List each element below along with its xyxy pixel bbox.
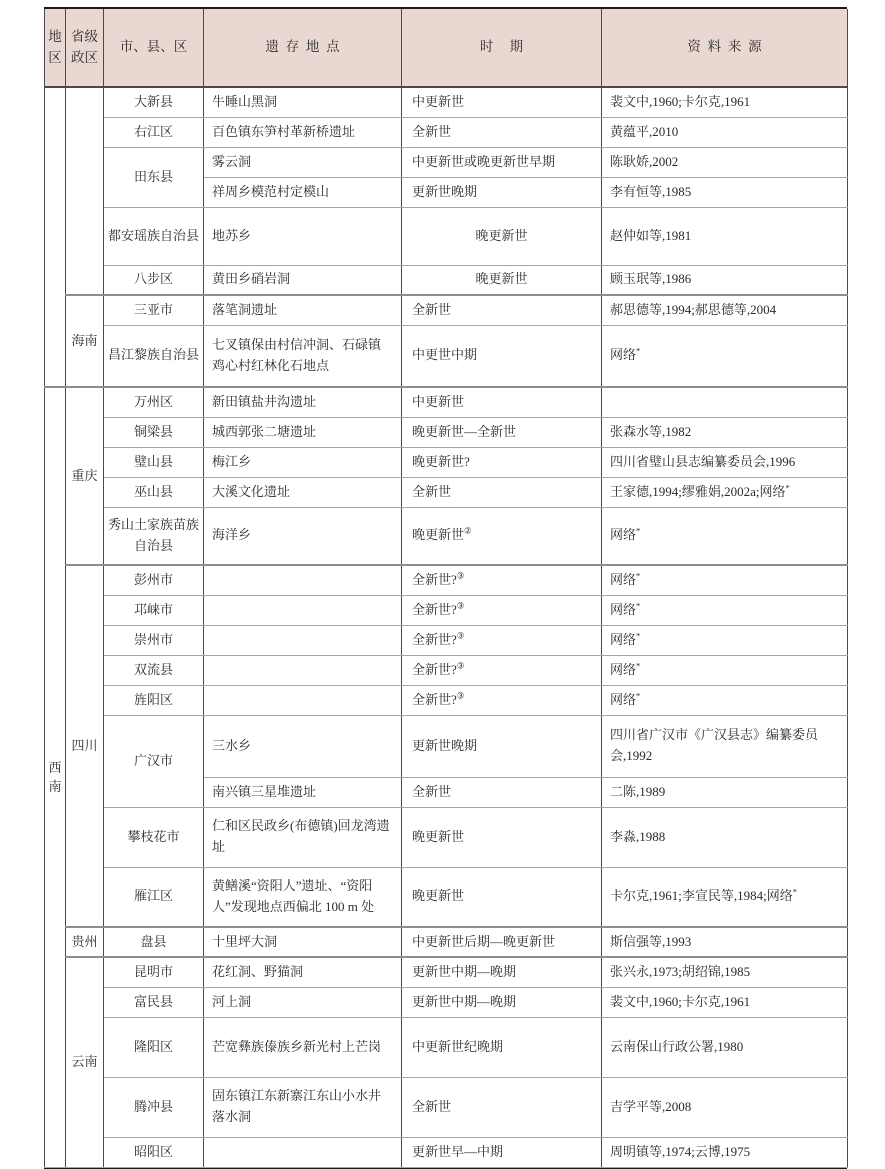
source-cell: 网络* (602, 507, 848, 565)
period-cell: 更新世中期—晚期 (402, 957, 602, 987)
period-cell: 中更新世 (402, 387, 602, 417)
source-cell: 顾玉珉等,1986 (602, 265, 848, 295)
period-cell: 全新世?③ (402, 625, 602, 655)
period-cell: 中更新世或晚更新世早期 (402, 147, 602, 177)
table-row: 右江区百色镇东笋村革新桥遗址全新世黄蕴平,2010 (45, 117, 848, 147)
source-cell: 吉学平等,2008 (602, 1077, 848, 1137)
province-cell: 海南 (66, 295, 104, 387)
site-cell: 十里坪大洞 (204, 927, 402, 957)
period-cell: 中更新世纪晚期 (402, 1017, 602, 1077)
county-cell: 广汉市 (104, 715, 204, 807)
table-row: 攀枝花市仁和区民政乡(布德镇)回龙湾遗址晚更新世李淼,1988 (45, 807, 848, 867)
footnote-marker: ② (464, 526, 472, 536)
table-row: 璧山县梅江乡晚更新世?四川省璧山县志编纂委员会,1996 (45, 447, 848, 477)
county-cell: 盘县 (104, 927, 204, 957)
footnote-marker: * (786, 482, 790, 492)
table-row: 隆阳区芒宽彝族傣族乡新光村上芒岗中更新世纪晚期云南保山行政公署,1980 (45, 1017, 848, 1077)
header-label-line: 政区 (66, 48, 103, 69)
period-cell: 中更世中期 (402, 325, 602, 387)
province-cell: 云南 (66, 957, 104, 1167)
source-cell: 网络* (602, 685, 848, 715)
table-row: 腾冲县固东镇江东新寨江东山小水井落水洞全新世吉学平等,2008 (45, 1077, 848, 1137)
source-cell: 郝思德等,1994;郝思德等,2004 (602, 295, 848, 325)
site-cell: 地苏乡 (204, 207, 402, 265)
table-row: 贵州盘县十里坪大洞中更新世后期—晚更新世斯信强等,1993 (45, 927, 848, 957)
footnote-marker: * (636, 346, 640, 356)
county-cell: 旌阳区 (104, 685, 204, 715)
county-cell: 秀山土家族苗族自治县 (104, 507, 204, 565)
footnote-marker: ③ (457, 571, 465, 581)
county-cell: 铜梁县 (104, 417, 204, 447)
footnote-marker: * (636, 526, 640, 536)
footnote-marker: ③ (457, 600, 465, 610)
period-cell: 中更新世后期—晚更新世 (402, 927, 602, 957)
source-cell: 黄蕴平,2010 (602, 117, 848, 147)
footnote-marker: * (636, 630, 640, 640)
region-label-line: 南 (48, 777, 62, 797)
footnote-marker: ③ (457, 660, 465, 670)
source-cell: 云南保山行政公署,1980 (602, 1017, 848, 1077)
source-cell: 网络* (602, 625, 848, 655)
table-row: 雁江区黄鳝溪“资阳人”遗址、“资阳人”发现地点西偏北 100 m 处晚更新世卡尔… (45, 867, 848, 927)
period-cell: 晚更新世② (402, 507, 602, 565)
column-header-period: 时期 (402, 9, 602, 87)
table-header: 地区省级政区市、县、区遗存地点时期资料来源 (45, 9, 848, 87)
period-cell: 全新世 (402, 1077, 602, 1137)
source-cell: 网络* (602, 655, 848, 685)
period-cell: 更新世早—中期 (402, 1137, 602, 1167)
province-cell: 四川 (66, 565, 104, 927)
table-row: 昌江黎族自治县七叉镇保由村信冲洞、石碌镇鸡心村红林化石地点中更世中期网络* (45, 325, 848, 387)
county-cell: 巫山县 (104, 477, 204, 507)
footnote-marker: * (793, 887, 797, 897)
site-cell (204, 685, 402, 715)
table-row: 海南三亚市落笔洞遗址全新世郝思德等,1994;郝思德等,2004 (45, 295, 848, 325)
table-row: 广汉市三水乡更新世晚期四川省广汉市《广汉县志》编纂委员会,1992 (45, 715, 848, 777)
period-cell: 全新世 (402, 117, 602, 147)
site-cell (204, 655, 402, 685)
period-cell: 晚更新世 (402, 867, 602, 927)
table-row: 富民县河上洞更新世中期—晚期裴文中,1960;卡尔克,1961 (45, 987, 848, 1017)
period-cell: 全新世 (402, 777, 602, 807)
source-cell: 网络* (602, 595, 848, 625)
source-cell: 裴文中,1960;卡尔克,1961 (602, 87, 848, 117)
source-cell: 陈耿娇,2002 (602, 147, 848, 177)
county-cell: 昌江黎族自治县 (104, 325, 204, 387)
province-cell: 重庆 (66, 387, 104, 565)
period-cell: 全新世?③ (402, 595, 602, 625)
period-cell: 更新世中期—晚期 (402, 987, 602, 1017)
column-header-source: 资料来源 (602, 9, 848, 87)
scanned-document-page: 地区省级政区市、县、区遗存地点时期资料来源 大新县牛睡山黑洞中更新世裴文中,19… (0, 0, 885, 1169)
period-cell: 中更新世 (402, 87, 602, 117)
pleistocene-fossil-sites-table: 地区省级政区市、县、区遗存地点时期资料来源 大新县牛睡山黑洞中更新世裴文中,19… (44, 9, 848, 1168)
county-cell: 富民县 (104, 987, 204, 1017)
table-row: 秀山土家族苗族自治县海洋乡晚更新世②网络* (45, 507, 848, 565)
period-cell: 全新世 (402, 295, 602, 325)
source-cell: 网络* (602, 325, 848, 387)
column-header-province: 省级政区 (66, 9, 104, 87)
site-cell: 黄鳝溪“资阳人”遗址、“资阳人”发现地点西偏北 100 m 处 (204, 867, 402, 927)
table-row: 旌阳区全新世?③网络* (45, 685, 848, 715)
table-row: 巫山县大溪文化遗址全新世王家德,1994;缪雅娟,2002a;网络* (45, 477, 848, 507)
period-cell: 更新世晚期 (402, 177, 602, 207)
source-cell: 裴文中,1960;卡尔克,1961 (602, 987, 848, 1017)
site-cell: 仁和区民政乡(布德镇)回龙湾遗址 (204, 807, 402, 867)
county-cell: 田东县 (104, 147, 204, 207)
header-label-line: 省级 (66, 27, 103, 48)
county-cell: 雁江区 (104, 867, 204, 927)
county-cell: 大新县 (104, 87, 204, 117)
period-cell: 全新世 (402, 477, 602, 507)
period-cell: 更新世晚期 (402, 715, 602, 777)
source-cell: 四川省璧山县志编纂委员会,1996 (602, 447, 848, 477)
county-cell: 双流县 (104, 655, 204, 685)
source-cell: 王家德,1994;缪雅娟,2002a;网络* (602, 477, 848, 507)
source-cell: 二陈,1989 (602, 777, 848, 807)
table-row: 西南重庆万州区新田镇盐井沟遗址中更新世 (45, 387, 848, 417)
source-cell: 李有恒等,1985 (602, 177, 848, 207)
county-cell: 璧山县 (104, 447, 204, 477)
site-cell: 海洋乡 (204, 507, 402, 565)
fossil-sites-table-frame: 地区省级政区市、县、区遗存地点时期资料来源 大新县牛睡山黑洞中更新世裴文中,19… (44, 7, 847, 1169)
period-cell: 全新世?③ (402, 655, 602, 685)
footnote-marker: ③ (457, 630, 465, 640)
period-cell: 晚更新世? (402, 447, 602, 477)
period-cell: 晚更新世 (402, 207, 602, 265)
county-cell: 右江区 (104, 117, 204, 147)
footnote-marker: * (636, 660, 640, 670)
period-cell: 晚更新世 (402, 807, 602, 867)
site-cell: 新田镇盐井沟遗址 (204, 387, 402, 417)
county-cell: 昆明市 (104, 957, 204, 987)
table-row: 都安瑶族自治县地苏乡晚更新世赵仲如等,1981 (45, 207, 848, 265)
footnote-marker: * (636, 571, 640, 581)
site-cell: 七叉镇保由村信冲洞、石碌镇鸡心村红林化石地点 (204, 325, 402, 387)
table-row: 四川彭州市全新世?③网络* (45, 565, 848, 595)
column-header-county: 市、县、区 (104, 9, 204, 87)
site-cell (204, 625, 402, 655)
site-cell: 固东镇江东新寨江东山小水井落水洞 (204, 1077, 402, 1137)
site-cell: 祥周乡模范村定模山 (204, 177, 402, 207)
site-cell: 雾云洞 (204, 147, 402, 177)
table-row: 双流县全新世?③网络* (45, 655, 848, 685)
region-cell: 西南 (45, 387, 66, 1167)
site-cell (204, 1137, 402, 1167)
source-cell: 张兴永,1973;胡绍锦,1985 (602, 957, 848, 987)
county-cell: 攀枝花市 (104, 807, 204, 867)
region-label-line: 西 (48, 758, 62, 778)
header-label-line: 地 (45, 27, 65, 48)
footnote-marker: * (636, 600, 640, 610)
county-cell: 彭州市 (104, 565, 204, 595)
county-cell: 邛崃市 (104, 595, 204, 625)
source-cell: 四川省广汉市《广汉县志》编纂委员会,1992 (602, 715, 848, 777)
source-cell: 李淼,1988 (602, 807, 848, 867)
site-cell: 芒宽彝族傣族乡新光村上芒岗 (204, 1017, 402, 1077)
site-cell: 城西郭张二塘遗址 (204, 417, 402, 447)
table-row: 铜梁县城西郭张二塘遗址晚更新世—全新世张森水等,1982 (45, 417, 848, 447)
source-cell: 网络* (602, 565, 848, 595)
site-cell: 梅江乡 (204, 447, 402, 477)
header-label-line: 区 (45, 48, 65, 69)
site-cell: 大溪文化遗址 (204, 477, 402, 507)
period-cell: 晚更新世—全新世 (402, 417, 602, 447)
site-cell: 三水乡 (204, 715, 402, 777)
site-cell: 牛睡山黑洞 (204, 87, 402, 117)
column-header-site: 遗存地点 (204, 9, 402, 87)
source-cell: 卡尔克,1961;李宣民等,1984;网络* (602, 867, 848, 927)
province-cell: 贵州 (66, 927, 104, 957)
county-cell: 三亚市 (104, 295, 204, 325)
header-row: 地区省级政区市、县、区遗存地点时期资料来源 (45, 9, 848, 87)
table-row: 云南昆明市花红洞、野猫洞更新世中期—晚期张兴永,1973;胡绍锦,1985 (45, 957, 848, 987)
site-cell: 南兴镇三星堆遗址 (204, 777, 402, 807)
site-cell: 落笔洞遗址 (204, 295, 402, 325)
site-cell (204, 565, 402, 595)
period-cell: 全新世?③ (402, 685, 602, 715)
period-cell: 晚更新世 (402, 265, 602, 295)
table-body: 大新县牛睡山黑洞中更新世裴文中,1960;卡尔克,1961右江区百色镇东笋村革新… (45, 87, 848, 1167)
source-cell: 斯信强等,1993 (602, 927, 848, 957)
table-row: 八步区黄田乡硝岩洞晚更新世顾玉珉等,1986 (45, 265, 848, 295)
site-cell: 花红洞、野猫洞 (204, 957, 402, 987)
county-cell: 崇州市 (104, 625, 204, 655)
period-cell: 全新世?③ (402, 565, 602, 595)
county-cell: 八步区 (104, 265, 204, 295)
county-cell: 万州区 (104, 387, 204, 417)
table-row: 昭阳区更新世早—中期周明镇等,1974;云博,1975 (45, 1137, 848, 1167)
footnote-marker: ③ (457, 690, 465, 700)
footnote-marker: * (636, 690, 640, 700)
source-cell: 赵仲如等,1981 (602, 207, 848, 265)
site-cell: 黄田乡硝岩洞 (204, 265, 402, 295)
county-cell: 隆阳区 (104, 1017, 204, 1077)
site-cell: 河上洞 (204, 987, 402, 1017)
county-cell: 都安瑶族自治县 (104, 207, 204, 265)
site-cell (204, 595, 402, 625)
source-cell (602, 387, 848, 417)
site-cell: 百色镇东笋村革新桥遗址 (204, 117, 402, 147)
region-cell (45, 87, 66, 387)
source-cell: 周明镇等,1974;云博,1975 (602, 1137, 848, 1167)
table-row: 崇州市全新世?③网络* (45, 625, 848, 655)
table-row: 邛崃市全新世?③网络* (45, 595, 848, 625)
province-cell (66, 87, 104, 295)
source-cell: 张森水等,1982 (602, 417, 848, 447)
table-row: 田东县雾云洞中更新世或晚更新世早期陈耿娇,2002 (45, 147, 848, 177)
table-row: 大新县牛睡山黑洞中更新世裴文中,1960;卡尔克,1961 (45, 87, 848, 117)
county-cell: 昭阳区 (104, 1137, 204, 1167)
column-header-region: 地区 (45, 9, 66, 87)
county-cell: 腾冲县 (104, 1077, 204, 1137)
